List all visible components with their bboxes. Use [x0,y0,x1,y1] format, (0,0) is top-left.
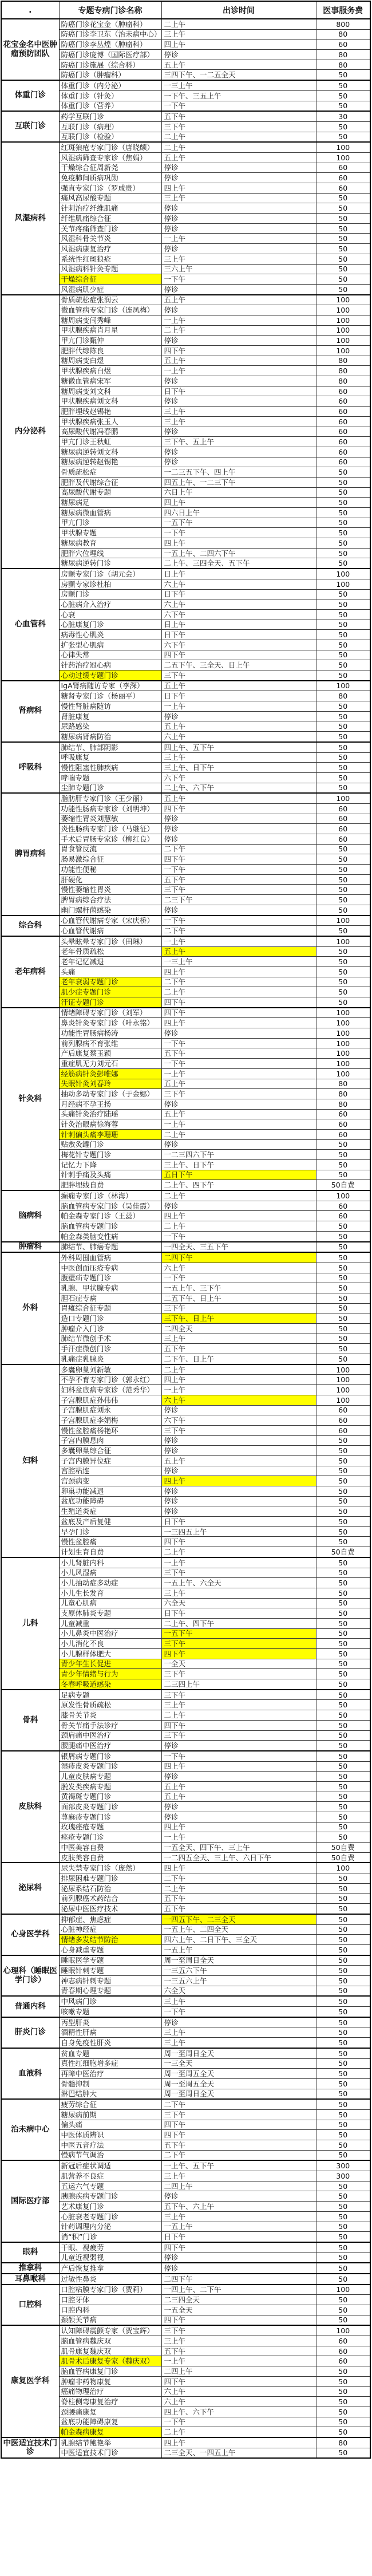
visit-time-cell: 四上午 [161,2437,316,2448]
visit-time-cell: 四下午 [161,854,316,865]
clinic-name-cell: 神志病针刺专题 [59,1976,161,1986]
table-row: 治未病中心疲劳综合征二下午50 [1,2099,370,2109]
clinic-name-cell: 颞颌关节病 [59,2315,161,2325]
department-label: 体重门诊 [1,80,59,111]
visit-time-cell: 一下午 [161,1751,316,1761]
clinic-name-cell: 胆石症专病 [59,1293,161,1303]
clinic-name-cell: 骨质疏松症张润云 [59,295,161,305]
service-fee-cell: 60 [316,183,370,194]
clinic-name-cell: 外科周围血管病 [59,1252,161,1263]
visit-time-cell: 六日上午 [161,487,316,498]
clinic-name-cell: 支原体肺炎专题 [59,1608,161,1619]
clinic-name-cell: 针刺治疗纤维肌痛 [59,203,161,214]
clinic-name-cell: 口腔粘膜专家门诊（贾莉） [59,2285,161,2295]
service-fee-cell: 50 [316,1986,370,1996]
visit-time-cell: 五上午 [161,1455,316,1466]
department-group: 心理科（睡眠医学门诊）睡眠医学专题周一至周日全天50睡眠针刺专题一三五六下午50… [1,1955,370,1997]
visit-time-cell: 停诊 [161,1486,316,1497]
clinic-name-cell: 玫瑰痤疮专题 [59,1822,161,1832]
service-fee-cell: 50 [316,1313,370,1324]
clinic-name-cell: 肝硬化 [59,874,161,885]
visit-time-cell: 四下午 [161,650,316,660]
department-group: 治未病中心疲劳综合征二下午50糖尿病前期三下午50偏头痛四下午50中医体质辨识四… [1,2099,370,2160]
clinic-name-cell: 泌尿系结石防治 [59,1883,161,1893]
visit-time-cell: 五上午 [161,1079,316,1089]
clinic-name-cell: 盆底及产后复健 [59,1517,161,1527]
service-fee-cell: 50 [316,1741,370,1751]
clinic-name-cell: 肺结节、肺癌专题 [59,1242,161,1253]
service-fee-cell: 50 [316,1506,370,1517]
service-fee-cell: 100 [316,295,370,305]
clinic-name-cell: 子宫腺肌症刘永 [59,1405,161,1415]
visit-time-cell: 四下午 [161,803,316,814]
service-fee-cell: 50 [316,1221,370,1232]
clinic-name-cell: 情绪障碍专家门诊（刘军） [59,1008,161,1018]
visit-time-cell: 三上午 [161,2027,316,2038]
clinic-name-cell: 甲亢门诊 [59,518,161,528]
visit-time-cell: 一三上午 [161,80,316,90]
department-group: 普通内科中风病门诊三上午50咳嗽专题一下午50 [1,1996,370,2017]
clinic-name-cell: 口腔内科 [59,2305,161,2315]
service-fee-cell: 50 [316,1139,370,1150]
table-row: 推拿科产后恢复推拿停诊50 [1,2263,370,2274]
clinic-name-cell: 肥胖穴位埋线 [59,548,161,558]
clinic-name-cell: 产后康复蔡玉颖 [59,1048,161,1059]
visit-time-cell: 一四上午、二下午 [161,2285,316,2295]
clinic-name-cell: 慢性盆腔痛 [59,1537,161,1547]
service-fee-cell: 50 [316,2242,370,2252]
service-fee-cell: 50 [316,844,370,854]
visit-time-cell: 四下午 [161,1537,316,1547]
service-fee-cell: 50 [316,2305,370,2315]
clinic-name-cell: 肌骨康复魏庆双 [59,2346,161,2356]
visit-time-cell: 三上午 [161,254,316,264]
visit-time-cell: 四上午 [161,498,316,508]
department-group: 外科外科周围血管病二四下午50中医创面压疮专病六上午50腹壁疝专题门诊一下午50… [1,1252,370,1364]
visit-time-cell: 三上午 [161,1700,316,1710]
visit-time-cell: 停诊 [161,50,316,60]
service-fee-cell: 100 [316,1068,370,1079]
service-fee-cell: 50 [316,1935,370,1945]
clinic-name-cell: 肌骨术后康复专家（魏庆双） [59,2356,161,2366]
visit-time-cell: 一上午 [161,1557,316,1568]
department-label: 呼吸科 [1,742,59,793]
clinic-name-cell: 糖尿病前期 [59,2109,161,2120]
visit-time-cell: 停诊 [161,2017,316,2027]
clinic-name-cell: 艺术康复门诊 [59,2202,161,2212]
clinic-name-cell: 防癌门诊李卫东（治未病中心） [59,29,161,40]
visit-time-cell: 停诊 [161,214,316,224]
visit-time-cell: 一四全天、三五下午 [161,1242,316,1253]
clinic-name-cell: 房颤门诊 [59,589,161,599]
visit-time-cell: 停诊 [161,1741,316,1751]
service-fee-cell: 50 [316,1334,370,1344]
clinic-name-cell: 中医适宜技术门诊 [59,2448,161,2458]
department-group: 儿科小儿肾脏内科一上午50小儿风湿病三下午50小儿抽动症多动症一五上午、六全天5… [1,1557,370,1690]
service-fee-cell: 100 [316,315,370,325]
service-fee-cell: 50 [316,2397,370,2407]
clinic-name-cell: 肌少症专题门诊 [59,987,161,997]
clinic-name-cell: 梅花针专题门诊 [59,1150,161,1160]
service-fee-cell: 100 [316,1190,370,1201]
visit-time-cell: 四五上午、一二三下午 [161,477,316,487]
clinic-name-cell: 肺结节、肺部阴影 [59,742,161,752]
visit-time-cell: 四上午 [161,183,316,194]
service-fee-cell: 100 [316,1018,370,1028]
department-group: 肿瘤科肺结节、肺癌专题一四全天、三五下午50 [1,1242,370,1253]
service-fee-cell: 50 [316,2274,370,2285]
visit-time-cell: 三下午、日上午 [161,1313,316,1324]
service-fee-cell: 50 [316,1730,370,1741]
visit-time-cell: 四上午 [161,1018,316,1028]
visit-time-cell: 二上午 [161,987,316,997]
service-fee-cell: 50 [316,2038,370,2048]
visit-time-cell: 一二四五全天、三上午、六日下午 [161,1852,316,1863]
visit-time-cell: 停诊 [161,1028,316,1039]
service-fee-cell: 50 [316,763,370,773]
department-group: 风湿病科红斑狼疮专家门诊（唐晓颇）二上午100风湿病筛查专家诊（焦娟）五上午10… [1,142,370,294]
service-fee-cell: 50 [316,1669,370,1679]
clinic-name-cell: 小儿抽动症多动症 [59,1578,161,1588]
clinic-name-cell: 咳嗽专题 [59,2007,161,2017]
department-group: 妇科多囊卵巢刘新敏二上午100不孕不育专家门诊（郭永红）四上午100妇科盆底病专… [1,1364,370,1557]
clinic-name-cell: 风湿病筛查专家诊（焦娟） [59,152,161,163]
visit-time-cell: 一上午 [161,1385,316,1395]
visit-time-cell: 二四上午 [161,2181,316,2191]
visit-time-cell: 五上午 [161,1109,316,1119]
service-fee-cell: 50 [316,121,370,132]
clinic-name-cell: 中医体质辨识 [59,2130,161,2140]
department-label: 综合科 [1,916,59,936]
clinic-name-cell: 失眠针灸刘春玲 [59,1079,161,1089]
service-fee-cell: 50 [316,2232,370,2242]
visit-time-cell: 五上午 [161,681,316,691]
clinic-name-cell: 经筋病针灸彭唯娜 [59,1068,161,1079]
visit-time-cell: 三上午 [161,416,316,427]
clinic-name-cell: 胰腺疾病专题门诊 [59,2191,161,2202]
visit-time-cell: 四下午 [161,2315,316,2325]
service-fee-cell: 50 [316,1966,370,1976]
clinic-name-cell: 病毒性心肌炎 [59,630,161,640]
department-group: 眼科干眼、视疲劳四下午50儿童近视弱视停诊50 [1,2242,370,2263]
visit-time-cell: 三下午、五上午 [161,437,316,447]
clinic-name-cell: 红斑狼疮专家门诊（唐晓颇） [59,142,161,152]
visit-time-cell: 六上午 [161,732,316,742]
clinic-name-cell: 肥胖埋线赵锡艳 [59,407,161,417]
visit-time-cell: 三下午 [161,1425,316,1435]
visit-time-cell: 四下午 [161,2376,316,2386]
clinic-name-cell: 月经病不孕王扬 [59,1099,161,1109]
table-row: 肝炎门诊丙型肝炎停诊50 [1,2017,370,2027]
visit-time-cell: 五上午 [161,356,316,366]
department-group: 皮肤科银屑病专题门诊一下午50湿疹皮炎专题门诊四上午50儿童皮肤病专题停诊50脱… [1,1751,370,1863]
clinic-name-cell: 防癌门诊花宝金（肿瘤科） [59,19,161,29]
service-fee-cell: 50 [316,1914,370,1924]
clinic-name-cell: 脊柱侧弯康复治疗 [59,2397,161,2407]
visit-time-cell: 日下午 [161,386,316,396]
clinic-name-cell: 功能性便秘 [59,865,161,875]
visit-time-cell: 一下午 [161,2417,316,2427]
visit-time-cell: 四上午 [161,1476,316,1486]
visit-time-cell: 二上午 [161,19,316,29]
service-fee-cell: 50 [316,1231,370,1241]
clinic-name-cell: 皮肤美容自费 [59,1852,161,1863]
department-group: 肝炎门诊丙型肝炎停诊50酒精性肝病三上午50自身免疫性肝炎三上午50 [1,2017,370,2048]
clinic-name-cell: 淋巴结肿大 [59,2089,161,2099]
service-fee-cell: 100 [316,2325,370,2336]
department-label: 老年病科 [1,936,59,1008]
visit-time-cell: 一下午、三五上午 [161,90,316,101]
service-fee-cell: 50 [316,987,370,997]
visit-time-cell: 停诊 [161,1772,316,1782]
service-fee-cell: 50 [316,1955,370,1966]
department-label: 骨科 [1,1690,59,1751]
service-fee-cell: 50 [316,1812,370,1822]
visit-time-cell: 一五上午、三下午 [161,1283,316,1293]
visit-time-cell: 六全天 [161,1986,316,1996]
service-fee-cell: 60 [316,396,370,407]
department-label: 皮肤科 [1,1751,59,1863]
clinic-name-cell: 湿疹皮炎专题门诊 [59,1761,161,1772]
clinic-name-cell: 癫痫专家门诊（林海） [59,1190,161,1201]
service-fee-cell: 50 [316,2027,370,2038]
clinic-name-cell: 肌营养不良症 [59,2171,161,2181]
visit-time-cell: 五下午 [161,2346,316,2356]
visit-time-cell: 三上午 [161,193,316,203]
visit-time-cell: 停诊 [161,427,316,437]
table-header: . 专题专病门诊名称 出诊时间 医事服务费 [1,1,370,19]
service-fee-cell: 50 [316,2202,370,2212]
clinic-name-cell: 腹壁疝专题门诊 [59,1273,161,1283]
clinic-name-cell: 帕金森病康复 [59,2427,161,2437]
visit-time-cell: 日下午 [161,2232,316,2242]
visit-time-cell: 二四上午 [161,2366,316,2377]
visit-time-cell: 停诊 [161,203,316,214]
clinic-name-cell: 汗证专题门诊 [59,997,161,1008]
service-fee-cell: 50 [316,1690,370,1700]
visit-time-cell: 四下午 [161,346,316,356]
visit-time-cell: 日下午 [161,691,316,701]
visit-time-cell: 三下午 [161,2109,316,2120]
clinic-name-cell: 荨麻疹专题门诊 [59,1812,161,1822]
service-fee-cell: 50 [316,538,370,549]
department-group: 耳鼻喉科过敏性鼻炎二四下午50 [1,2274,370,2285]
visit-time-cell: 五下午 [161,874,316,885]
service-fee-cell: 50 [316,2007,370,2017]
visit-time-cell: 周一至周日全天 [161,1955,316,1966]
visit-time-cell: 一上午、五下午 [161,2160,316,2171]
clinic-name-cell: 贴敷灸罐门诊 [59,1139,161,1150]
department-group: 互联门诊药学互联门诊五下午30互联门诊（病理）三下午50互联门诊（检验）二上午5… [1,111,370,142]
clinic-name-cell: 脑血管病专题门诊 [59,1221,161,1232]
clinic-name-cell: 子宫腺肌症孙伟伟 [59,1395,161,1405]
clinic-name-cell: 酒精性肝病 [59,2027,161,2038]
service-fee-cell: 50 [316,1873,370,1884]
clinic-name-cell: 心脏衰老专题门诊 [59,2211,161,2222]
service-fee-cell: 80 [316,691,370,701]
visit-time-cell: 四下午 [161,2130,316,2140]
visit-time-cell: 停诊 [161,396,316,407]
clinic-name-cell: 糖尿病足 [59,498,161,508]
visit-time-cell: 停诊 [161,2191,316,2202]
visit-time-cell: 二三四全天 [161,2295,316,2305]
visit-time-cell: 二上午、六下午 [161,783,316,793]
clinic-name-cell: IgA肾病随访专家（李深） [59,681,161,691]
service-fee-cell: 50 [316,1883,370,1893]
service-fee-cell: 50 [316,926,370,936]
visit-time-cell: 三六上午 [161,264,316,274]
service-fee-cell: 50 [316,2366,370,2377]
department-group: 针灸科情绪障碍专家门诊（刘军）四下午100鼻炎针灸专家门诊（叶永铭）四上午100… [1,1008,370,1190]
visit-time-cell: 一全天 [161,1659,316,1669]
clinic-name-cell: 心血管代谢病 [59,926,161,936]
clinic-name-cell: 糖尿病逆转刘文科 [59,447,161,457]
visit-time-cell: 五下午 [161,1344,316,1354]
service-fee-cell: 50 [316,1303,370,1313]
clinic-name-cell: 脑血管病魏庆双 [59,2336,161,2346]
service-fee-cell: 80 [316,356,370,366]
service-fee-cell: 50 [316,1608,370,1619]
clinic-name-cell: 胃食管反流 [59,844,161,854]
visit-time-cell: 五上午 [161,152,316,163]
visit-time-cell: 一下午 [161,274,316,285]
clinic-name-cell: 针刺手痛及头痛 [59,1170,161,1180]
service-fee-cell: 50 [316,193,370,203]
service-fee-cell: 50 [316,203,370,214]
clinic-name-cell: 骨髓抑制 [59,2078,161,2089]
table-row: 外科外科周围血管病二四下午50 [1,1252,370,1263]
clinic-name-cell: 互联门诊（病理） [59,121,161,132]
clinic-name-cell: 生殖道炎症 [59,1506,161,1517]
clinic-name-cell: 肠易激综合征 [59,854,161,865]
clinic-name-cell: 卵巢功能减退 [59,1486,161,1497]
department-label: 内分泌科 [1,295,59,569]
service-fee-cell: 50 [316,2078,370,2089]
visit-time-cell: 一下午 [161,1231,316,1241]
visit-time-cell: 一五下午 [161,1628,316,1639]
visit-time-cell: 四六日上午 [161,508,316,518]
clinic-name-cell: 真性红细胞增多症 [59,2058,161,2069]
department-label: 肿瘤科 [1,1242,59,1253]
visit-time-cell: 停诊 [161,1405,316,1415]
visit-time-cell: 二上午、四下午 [161,1180,316,1190]
clinic-name-cell: 乳腺结节鲍艳举 [59,2437,161,2448]
visit-time-cell: 四上午、五下午 [161,742,316,752]
clinic-name-cell: 甲亢门诊王秋虹 [59,437,161,447]
department-group: 口腔科口腔粘膜专家门诊（贾莉）一四上午、二下午100口腔牙体二三四全天50口腔内… [1,2285,370,2326]
service-fee-cell: 50 [316,1537,370,1547]
visit-time-cell: 日下午 [161,630,316,640]
clinic-name-cell: 针药调理内分泌 [59,2222,161,2232]
visit-time-cell: 三下午 [161,2325,316,2336]
clinic-name-cell: 幽门螺杆菌感染 [59,905,161,915]
service-fee-cell: 50 [316,2109,370,2120]
clinic-name-cell: 再障中医治疗 [59,2069,161,2079]
visit-time-cell: 一五上午 [161,1944,316,1955]
service-fee-cell: 100 [316,1008,370,1018]
service-fee-cell: 50 [316,80,370,90]
table-row: 心理科（睡眠医学门诊）睡眠医学专题周一至周日全天50 [1,1955,370,1966]
table-row: 心血管科房颤专家门诊（胡元会）日上午100 [1,569,370,579]
visit-time-cell: 停诊 [161,1435,316,1446]
clinic-name-cell: 小儿腺样体肥大 [59,1649,161,1659]
visit-time-cell: 五下午 [161,1048,316,1059]
service-fee-cell: 50 [316,670,370,681]
department-group: 脑病科癫痫专家门诊（林海）二上午100脑血管病专家门诊（吴佳霞）停诊60帕金森专… [1,1190,370,1241]
clinic-name-cell: 儿童近视弱视 [59,2252,161,2263]
clinic-name-cell: 风湿病康复治疗 [59,244,161,254]
department-label: 中医适宜技术门诊 [1,2437,59,2458]
service-fee-cell: 30 [316,111,370,121]
department-label: 心理科（睡眠医学门诊） [1,1955,59,1997]
clinic-name-cell: 防癌门诊李丛煌（肿瘤科） [59,40,161,50]
service-fee-cell: 50 [316,2407,370,2417]
clinic-name-cell: 计划生育自费 [59,1547,161,1557]
clinic-name-cell: 小儿肾脏内科 [59,1557,161,1568]
clinic-name-cell: 认知障碍震颤专家（贾宝辉） [59,2325,161,2336]
service-fee-cell: 50 [316,946,370,957]
service-fee-cell: 50 [316,1893,370,1904]
clinic-name-cell: 心脏病介入治疗 [59,599,161,610]
visit-time-cell: 二上午 [161,142,316,152]
service-fee-cell: 50 [316,1476,370,1486]
visit-time-cell: 六上午 [161,579,316,589]
visit-time-cell: 一下午 [161,1273,316,1283]
service-fee-cell: 50 [316,650,370,660]
clinic-name-cell: 风湿科骨关节炎 [59,234,161,244]
clinic-schedule-sheet: . 专题专病门诊名称 出诊时间 医事服务费 花宝金名中医肿瘤预防团队防癌门诊花宝… [0,0,372,2460]
table-row: 耳鼻喉科过敏性鼻炎二四下午50 [1,2274,370,2285]
visit-time-cell: 一上午 [161,315,316,325]
clinic-name-cell: 针灸治眼病徐海蓉 [59,1119,161,1130]
header-row: . 专题专病门诊名称 出诊时间 医事服务费 [1,1,370,19]
service-fee-cell: 60 [316,416,370,427]
service-fee-cell: 100 [316,152,370,163]
clinic-name-cell: 房颤专家诊杜柏 [59,579,161,589]
clinic-name-cell: 心衰 [59,609,161,620]
service-fee-cell: 50 [316,1904,370,1914]
clinic-name-cell: 慢性盆腔痛杨艳环 [59,1425,161,1435]
table-row: 呼吸科肺结节、肺部阴影四上午、五下午50 [1,742,370,752]
visit-time-cell: 停诊 [161,336,316,346]
visit-time-cell: 一五上午、六全天 [161,1578,316,1588]
clinic-name-cell: 排尿困难专题门诊 [59,1873,161,1884]
department-label: 外科 [1,1252,59,1364]
table-row: 妇科多囊卵巢刘新敏二上午100 [1,1364,370,1375]
visit-time-cell: 四上午 [161,1822,316,1832]
visit-time-cell: 二下午 [161,844,316,854]
clinic-name-cell: 胃瘫综合征专题 [59,1303,161,1313]
visit-time-cell: 一二三四六下午 [161,1150,316,1160]
visit-time-cell: 五上午 [161,1781,316,1792]
table-row: 泌尿科尿失禁专家门诊（庞然）四上午100 [1,1863,370,1873]
visit-time-cell: 五下午、六上午 [161,2202,316,2212]
department-group: 血液科贫血专题周一至周日全天50真性红细胞增多症一三全天50再障中医治疗周一至周… [1,2048,370,2099]
department-label: 康复医学科 [1,2325,59,2437]
clinic-name-cell: 脑血管病专家门诊（吴佳霞） [59,1201,161,1211]
service-fee-cell: 300 [316,2171,370,2181]
table-row: 中医适宜技术门诊乳腺结节鲍艳举四上午80 [1,2437,370,2448]
visit-time-cell: 二上午、三四全天、五下午 [161,558,316,569]
service-fee-cell: 60 [316,1129,370,1139]
visit-time-cell: 二四全天 [161,1324,316,1334]
visit-time-cell: 四上午 [161,1863,316,1873]
service-fee-cell: 50 [316,1496,370,1506]
visit-time-cell: 一上午 [161,701,316,712]
clinic-name-cell: 泌尿中医医疗技术 [59,1904,161,1914]
service-fee-cell: 50 [316,1832,370,1843]
clinic-name-cell: 干燥综合征周新尧 [59,163,161,173]
